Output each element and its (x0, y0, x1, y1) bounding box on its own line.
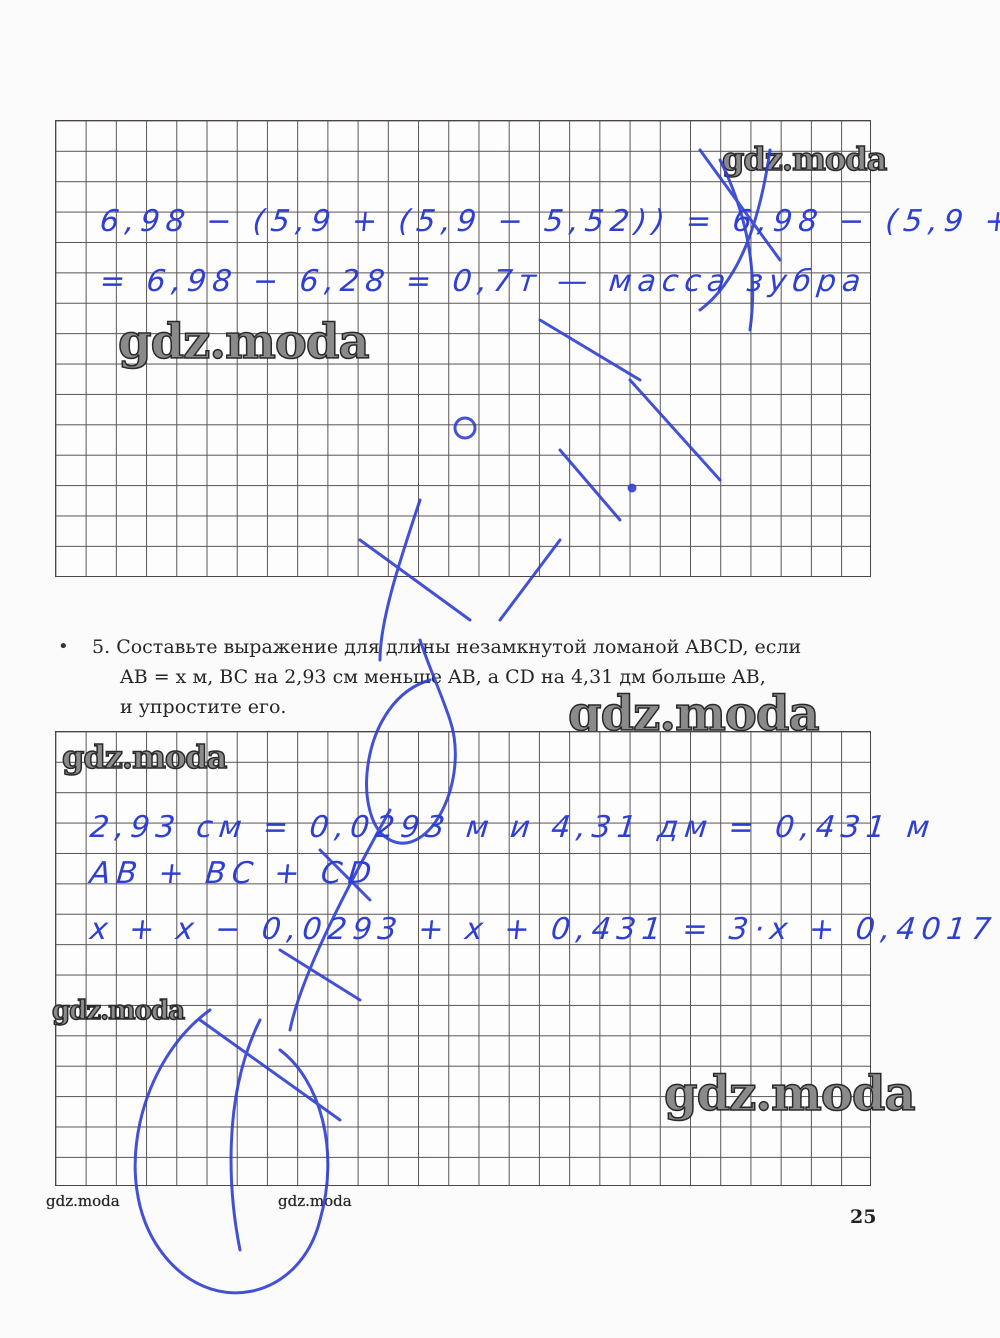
answer-bottom-line1: 2,93 см = 0,0293 м и 4,31 дм = 0,431 м (88, 810, 937, 845)
task-number: 5. (92, 636, 110, 658)
answer-top-line2: = 6,98 − 6,28 = 0,7т — масса зубра (98, 264, 868, 299)
task-text-line1: Составьте выражение для длины незамкнуто… (116, 636, 801, 658)
task-bullet: • (58, 632, 69, 662)
watermark-footer-left: gdz.moda (46, 1192, 120, 1210)
watermark: gdz.moda (722, 140, 886, 178)
answer-bottom-line2: AB + BC + CD (88, 856, 379, 891)
answer-bottom-line3: x + x − 0,0293 + x + 0,431 = 3·x + 0,401… (88, 912, 1000, 947)
answer-top-line1: 6,98 − (5,9 + (5,9 − 5,52)) = 6,98 − (5,… (98, 204, 1000, 239)
watermark: gdz.moda (52, 996, 184, 1026)
watermark: gdz.moda (118, 314, 369, 370)
task-text-line3: и упростите его. (120, 692, 286, 722)
watermark: gdz.moda (664, 1066, 915, 1122)
watermark-footer-right: gdz.moda (278, 1192, 352, 1210)
page-number: 25 (850, 1206, 876, 1228)
watermark: gdz.moda (62, 738, 226, 776)
